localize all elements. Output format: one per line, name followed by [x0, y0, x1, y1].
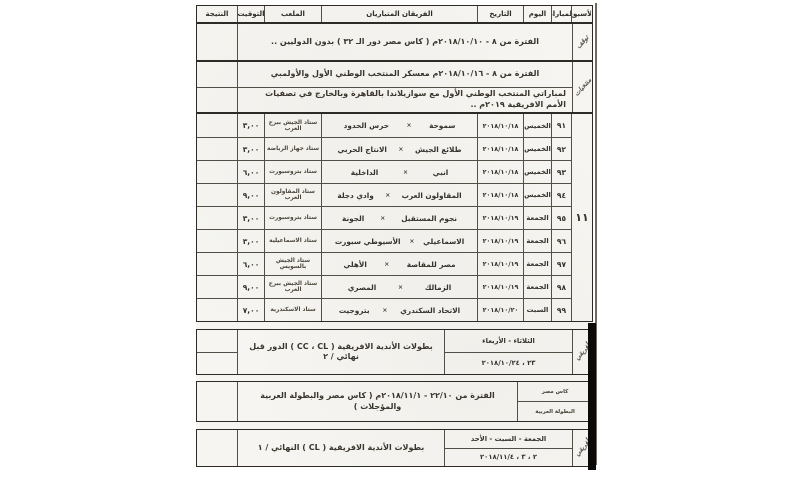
section-cup-round32: الفترة من ٨ - ٢٠١٨/١٠/١٠م ( كاس مصر دور … — [196, 23, 593, 61]
header-week: الأسبوع — [571, 6, 591, 22]
days-label: الجمعة - السبت - الأحد — [445, 430, 572, 448]
result-empty-cell — [197, 330, 237, 374]
match-day: الجمعة — [523, 229, 551, 252]
vs-mark: × — [384, 261, 389, 268]
match-number: ٩٢ — [551, 137, 571, 160]
section-african-semifinal: بطولات الأندية الافريقية ( CC ، CL ) الد… — [196, 329, 593, 375]
result-empty-subcell — [197, 62, 237, 87]
kickoff-time: ٣,٠٠ — [237, 229, 264, 252]
teams-cell: المقاولون العرب × وادي دجلة — [321, 183, 477, 206]
result-cell — [197, 114, 237, 137]
dates-label: ٢ ، ٣ ، ٢٠١٨/١١/٤ — [445, 448, 572, 467]
match-row-96: ٣,٠٠ ستاد الاسماعيلية الاسماعيلي × الأسي… — [197, 229, 572, 252]
match-day: الجمعة — [523, 252, 551, 275]
match-number: ٩٦ — [551, 229, 571, 252]
match-date: ٢٠١٨/١٠/١٩ — [477, 206, 523, 229]
match-row-94: ٩,٠٠ ستاد المقاولون العرب المقاولون العر… — [197, 183, 572, 206]
match-row-97: ٦,٠٠ ستاد الجيش بالسويس مصر للمقاصة × ال… — [197, 252, 572, 275]
match-row-92: ٣,٠٠ ستاد جهاز الرياضة طلائع الجيش × الا… — [197, 137, 572, 160]
match-number: ٩٩ — [551, 298, 571, 321]
african-final-text: بطولات الأندية الافريقية ( CL ) النهائي … — [237, 430, 444, 466]
kickoff-time: ٣,٠٠ — [237, 137, 264, 160]
home-team: الاتحاد السكندري — [400, 306, 460, 315]
result-empty-cell — [197, 430, 237, 466]
match-number: ٩٧ — [551, 252, 571, 275]
match-day: الخميس — [523, 137, 551, 160]
match-date: ٢٠١٨/١٠/٢٠ — [477, 298, 523, 321]
vs-mark: × — [380, 215, 385, 222]
kickoff-time: ٦,٠٠ — [237, 160, 264, 183]
header-stadium: الملعب — [264, 6, 321, 22]
away-team: الأهلي — [343, 260, 366, 269]
match-number: ٩٥ — [551, 206, 571, 229]
home-team: مصر للمقاصة — [407, 260, 456, 269]
side-arab-championship-label: البطولة العربية — [518, 401, 592, 421]
match-day: الخميس — [523, 160, 551, 183]
header-day: اليوم — [523, 6, 551, 22]
home-team: المقاولون العرب — [402, 191, 462, 200]
home-team: نجوم المستقبل — [401, 214, 457, 223]
african-final-dates: الجمعة - السبت - الأحد ٢ ، ٣ ، ٢٠١٨/١١/٤ — [444, 430, 572, 466]
header-time: التوقيت — [237, 6, 264, 22]
result-cell — [197, 229, 237, 252]
section-national-camp: الفترة من ٨ - ٢٠١٨/١٠/١٦م معسكر المنتخب … — [196, 61, 593, 113]
vs-mark: × — [398, 284, 403, 291]
section-gap — [196, 422, 593, 429]
header-date: التاريخ — [477, 6, 523, 22]
teams-cell: الاتحاد السكندري × بتروجيت — [321, 298, 477, 321]
match-date: ٢٠١٨/١٠/١٩ — [477, 252, 523, 275]
teams-cell: سموحة × حرس الحدود — [321, 114, 477, 137]
side-egypt-cup-label: كاس مصر — [518, 382, 592, 401]
kickoff-time: ٧,٠٠ — [237, 298, 264, 321]
away-team: الانتاج الحربي — [338, 145, 387, 154]
match-day: الجمعة — [523, 275, 551, 298]
african-semifinal-dates: الثلاثاء - الأربعاء ٢٣ ، ٢٠١٨/١٠/٢٤ — [444, 330, 572, 374]
scanned-schedule-sheet: النتيجة التوقيت الملعب الفريقان المتباري… — [196, 5, 593, 467]
vs-mark: × — [407, 122, 412, 129]
stadium-name: ستاد بتروسبورت — [264, 160, 321, 183]
cup-period-text: الفترة من ٢٢/١٠ - ٢٠١٨/١١/١م ( كاس مصر و… — [237, 382, 517, 421]
result-cell — [197, 160, 237, 183]
vs-mark: × — [382, 307, 387, 314]
matches-week11-block: ١١ ٣,٠٠ ستاد الجيش ببرج العرب سموحة × حر… — [196, 113, 593, 322]
stadium-name: ستاد الاسماعيلية — [264, 229, 321, 252]
stadium-name: ستاد المقاولون العرب — [264, 183, 321, 206]
kickoff-time: ٩,٠٠ — [237, 275, 264, 298]
away-team: الداخلية — [351, 168, 379, 177]
section-gap — [196, 322, 593, 329]
camp-line1: الفترة من ٨ - ٢٠١٨/١٠/١٦م معسكر المنتخب … — [238, 62, 572, 87]
days-label: الثلاثاء - الأربعاء — [445, 330, 572, 352]
vs-mark: × — [409, 238, 414, 245]
match-date: ٢٠١٨/١٠/١٨ — [477, 160, 523, 183]
match-day: الخميس — [523, 114, 551, 137]
match-row-99: ٧,٠٠ ستاد الاسكندرية الاتحاد السكندري × … — [197, 298, 572, 321]
home-team: الاسماعيلي — [423, 237, 464, 246]
stadium-name: ستاد الجيش بالسويس — [264, 252, 321, 275]
result-cell — [197, 298, 237, 321]
match-day: الجمعة — [523, 206, 551, 229]
result-cell — [197, 206, 237, 229]
result-empty-subcell — [197, 87, 237, 113]
kickoff-time: ٦,٠٠ — [237, 252, 264, 275]
camp-line2: لمباراتي المنتخب الوطني الأول مع سوازيلا… — [238, 87, 572, 113]
match-day: الخميس — [523, 183, 551, 206]
match-row-98: ٩,٠٠ ستاد الجيش ببرج العرب الزمالك × الم… — [197, 275, 572, 298]
result-empty-cell — [197, 62, 237, 112]
kickoff-time: ٩,٠٠ — [237, 183, 264, 206]
result-cell — [197, 275, 237, 298]
teams-cell: الزمالك × المصري — [321, 275, 477, 298]
result-cell — [197, 137, 237, 160]
home-team: طلائع الجيش — [415, 145, 461, 154]
section-cup-round32-text: الفترة من ٨ - ٢٠١٨/١٠/١٠م ( كاس مصر دور … — [237, 24, 572, 60]
match-number: ٩١ — [551, 114, 571, 137]
home-team: سموحة — [429, 121, 455, 130]
stadium-name: ستاد الجيش ببرج العرب — [264, 114, 321, 137]
match-row-91: ٣,٠٠ ستاد الجيش ببرج العرب سموحة × حرس ا… — [197, 114, 572, 137]
side-label-handwritten: توقف — [574, 34, 590, 51]
home-team: انبي — [433, 168, 449, 177]
match-date: ٢٠١٨/١٠/١٨ — [477, 183, 523, 206]
result-empty-cell — [197, 24, 237, 60]
african-semifinal-text: بطولات الأندية الافريقية ( CC ، CL ) الد… — [237, 330, 444, 374]
section-national-camp-body: الفترة من ٨ - ٢٠١٨/١٠/١٦م معسكر المنتخب … — [237, 62, 572, 112]
stadium-name: ستاد بتروسبورت — [264, 206, 321, 229]
scan-shadow — [588, 323, 596, 470]
kickoff-time: ٣,٠٠ — [237, 206, 264, 229]
section-cup-round32-side: توقف — [572, 24, 592, 60]
teams-cell: مصر للمقاصة × الأهلي — [321, 252, 477, 275]
vs-mark: × — [403, 169, 408, 176]
section-cup-period: الفترة من ٢٢/١٠ - ٢٠١٨/١١/١م ( كاس مصر و… — [196, 381, 593, 422]
dates-label: ٢٣ ، ٢٠١٨/١٠/٢٤ — [445, 352, 572, 375]
away-team: المصري — [348, 283, 377, 292]
result-empty-subcell — [197, 352, 237, 375]
header-result: النتيجة — [197, 6, 237, 22]
home-team: الزمالك — [425, 283, 452, 292]
teams-cell: طلائع الجيش × الانتاج الحربي — [321, 137, 477, 160]
cup-period-side: كاس مصر البطولة العربية — [517, 382, 592, 421]
away-team: الجونة — [342, 214, 364, 223]
stadium-name: ستاد الجيش ببرج العرب — [264, 275, 321, 298]
result-empty-subcell — [197, 330, 237, 352]
away-team: الأسيوطي سبورت — [335, 237, 401, 246]
result-empty-cell — [197, 382, 237, 421]
match-row-93: ٦,٠٠ ستاد بتروسبورت انبي × الداخلية ٢٠١٨… — [197, 160, 572, 183]
match-row-95: ٣,٠٠ ستاد بتروسبورت نجوم المستقبل × الجو… — [197, 206, 572, 229]
match-date: ٢٠١٨/١٠/١٨ — [477, 114, 523, 137]
result-cell — [197, 183, 237, 206]
stadium-name: ستاد جهاز الرياضة — [264, 137, 321, 160]
away-team: حرس الحدود — [344, 121, 389, 130]
side-label-handwritten: منتخبات — [572, 76, 592, 97]
week-number-cell: ١١ — [571, 114, 592, 321]
match-number: ٩٣ — [551, 160, 571, 183]
away-team: وادي دجلة — [337, 191, 373, 200]
table-header-row: النتيجة التوقيت الملعب الفريقان المتباري… — [196, 5, 593, 23]
kickoff-time: ٣,٠٠ — [237, 114, 264, 137]
header-teams: الفريقان المتباريان — [321, 6, 477, 22]
stadium-name: ستاد الاسكندرية — [264, 298, 321, 321]
match-date: ٢٠١٨/١٠/١٩ — [477, 275, 523, 298]
match-number: ٩٤ — [551, 183, 571, 206]
vs-mark: × — [385, 192, 390, 199]
match-number: ٩٨ — [551, 275, 571, 298]
teams-cell: انبي × الداخلية — [321, 160, 477, 183]
section-national-camp-side: منتخبات — [572, 62, 592, 112]
away-team: بتروجيت — [339, 306, 370, 315]
section-african-final: بطولات الأندية الافريقية ( CL ) النهائي … — [196, 429, 593, 467]
teams-cell: نجوم المستقبل × الجونة — [321, 206, 477, 229]
header-match-no: المباراة — [551, 6, 571, 22]
result-cell — [197, 252, 237, 275]
vs-mark: × — [398, 146, 403, 153]
match-date: ٢٠١٨/١٠/١٩ — [477, 229, 523, 252]
match-date: ٢٠١٨/١٠/١٨ — [477, 137, 523, 160]
teams-cell: الاسماعيلي × الأسيوطي سبورت — [321, 229, 477, 252]
match-day: السبت — [523, 298, 551, 321]
